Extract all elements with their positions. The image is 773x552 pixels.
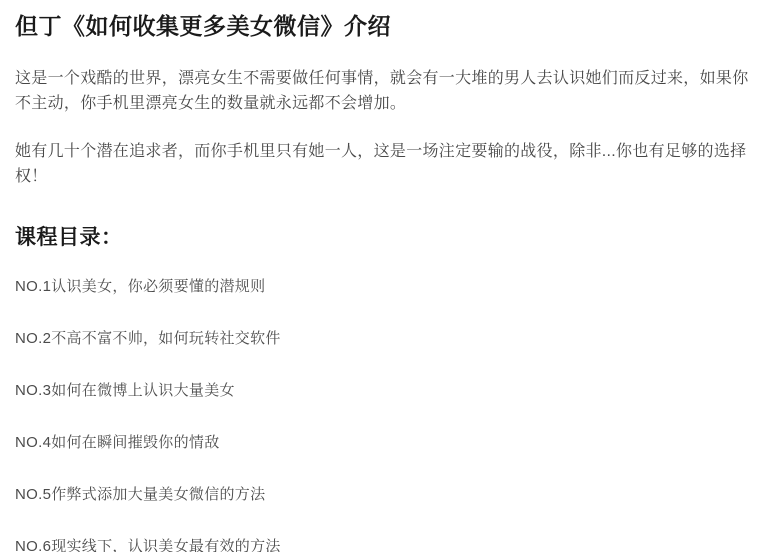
course-list: NO.1认识美女，你必须要懂的潜规则 NO.2不高不富不帅，如何玩转社交软件 N… — [15, 277, 757, 552]
course-item-1: NO.1认识美女，你必须要懂的潜规则 — [15, 277, 757, 297]
course-item-3: NO.3如何在微博上认识大量美女 — [15, 381, 757, 401]
intro-paragraph-1: 这是一个戏酷的世界，漂亮女生不需要做任何事情，就会有一大堆的男人去认识她们而反过… — [15, 66, 757, 116]
course-item-4: NO.4如何在瞬间摧毁你的情敌 — [15, 433, 757, 453]
article-page: 但丁《如何收集更多美女微信》介绍 这是一个戏酷的世界，漂亮女生不需要做任何事情，… — [0, 0, 773, 552]
course-item-6: NO.6现实线下，认识美女最有效的方法 — [15, 537, 757, 552]
article-title: 但丁《如何收集更多美女微信》介绍 — [15, 11, 757, 41]
course-item-2: NO.2不高不富不帅，如何玩转社交软件 — [15, 329, 757, 349]
course-toc-heading: 课程目录： — [15, 224, 757, 252]
course-item-5: NO.5作弊式添加大量美女微信的方法 — [15, 485, 757, 505]
intro-paragraph-2: 她有几十个潜在追求者，而你手机里只有她一人，这是一场注定要输的战役，除非...你… — [15, 139, 757, 189]
